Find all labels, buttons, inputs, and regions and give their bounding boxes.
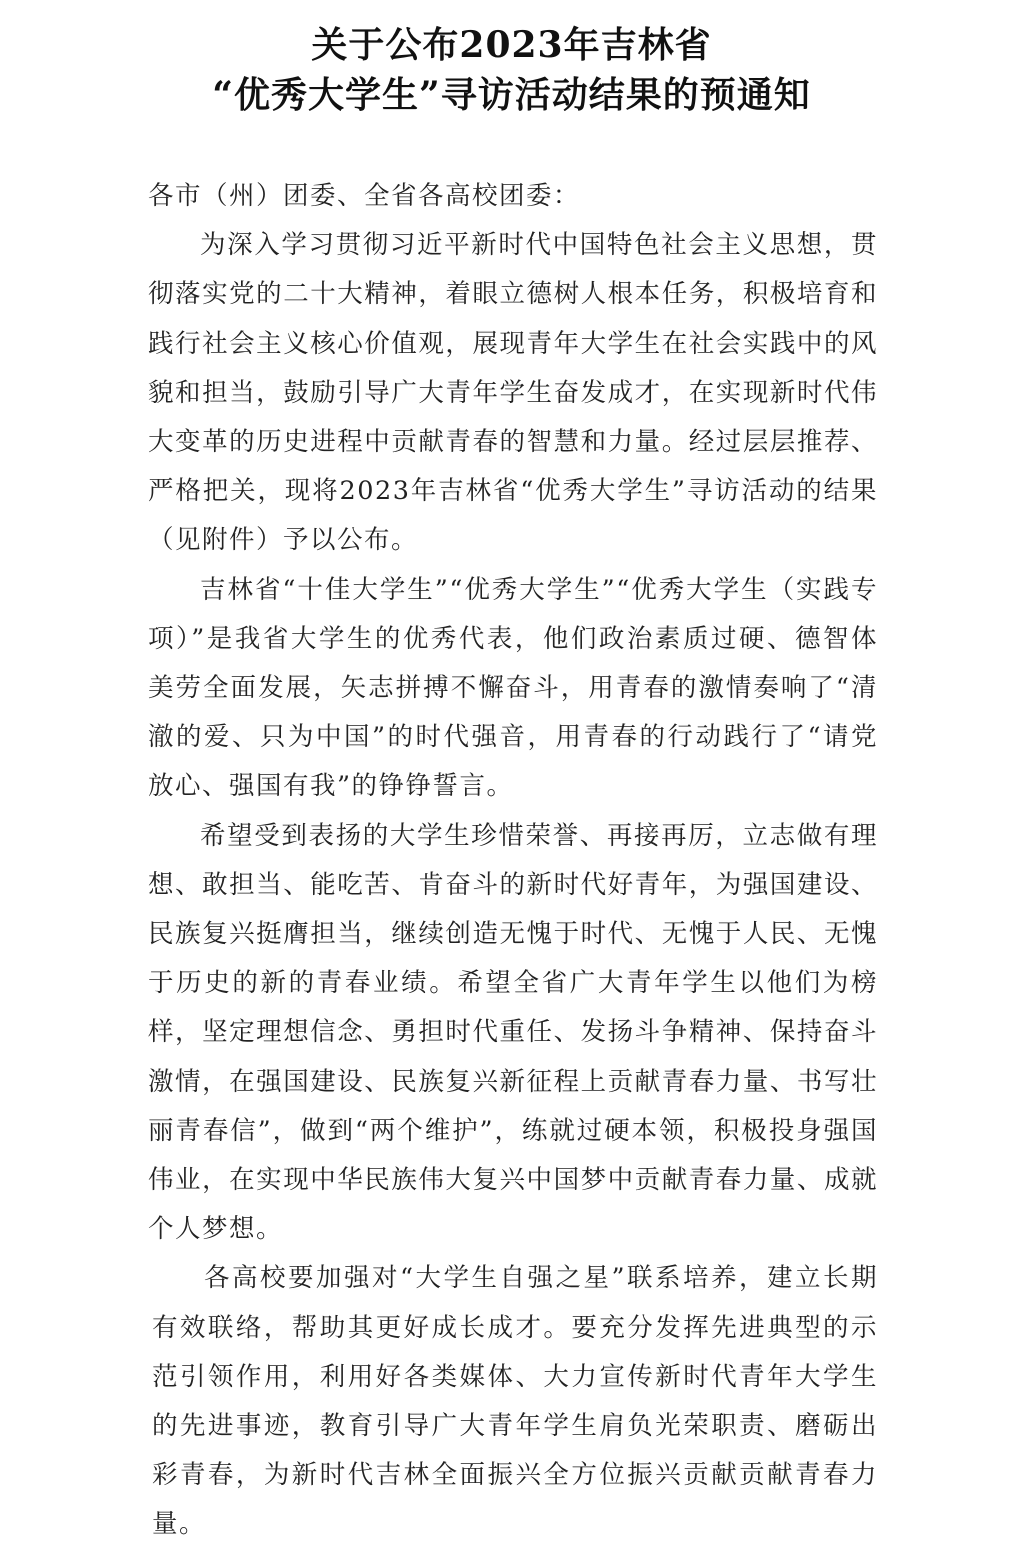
paragraph-expectations: 希望受到表扬的大学生珍惜荣誉、再接再厉，立志做有理想、敢担当、能吃苦、肯奋斗的新…	[148, 812, 878, 1255]
document-title-line-2: “优秀大学生”寻访活动结果的预通知	[0, 72, 1023, 118]
paragraph-school-requirements: 各高校要加强对“大学生自强之星”联系培养，建立长期有效联络，帮助其更好成长成才。…	[148, 1254, 878, 1549]
paragraph-introduction: 为深入学习贯彻习近平新时代中国特色社会主义思想，贯彻落实党的二十大精神，着眼立德…	[148, 221, 878, 565]
document-title-line-1: 关于公布2023年吉林省	[0, 22, 1023, 68]
document-body: 各市（州）团委、全省各高校团委： 为深入学习贯彻习近平新时代中国特色社会主义思想…	[148, 172, 878, 1550]
salutation: 各市（州）团委、全省各高校团委：	[148, 172, 878, 221]
paragraph-award-description: 吉林省“十佳大学生”“优秀大学生”“优秀大学生（实践专项）”是我省大学生的优秀代…	[148, 566, 878, 812]
